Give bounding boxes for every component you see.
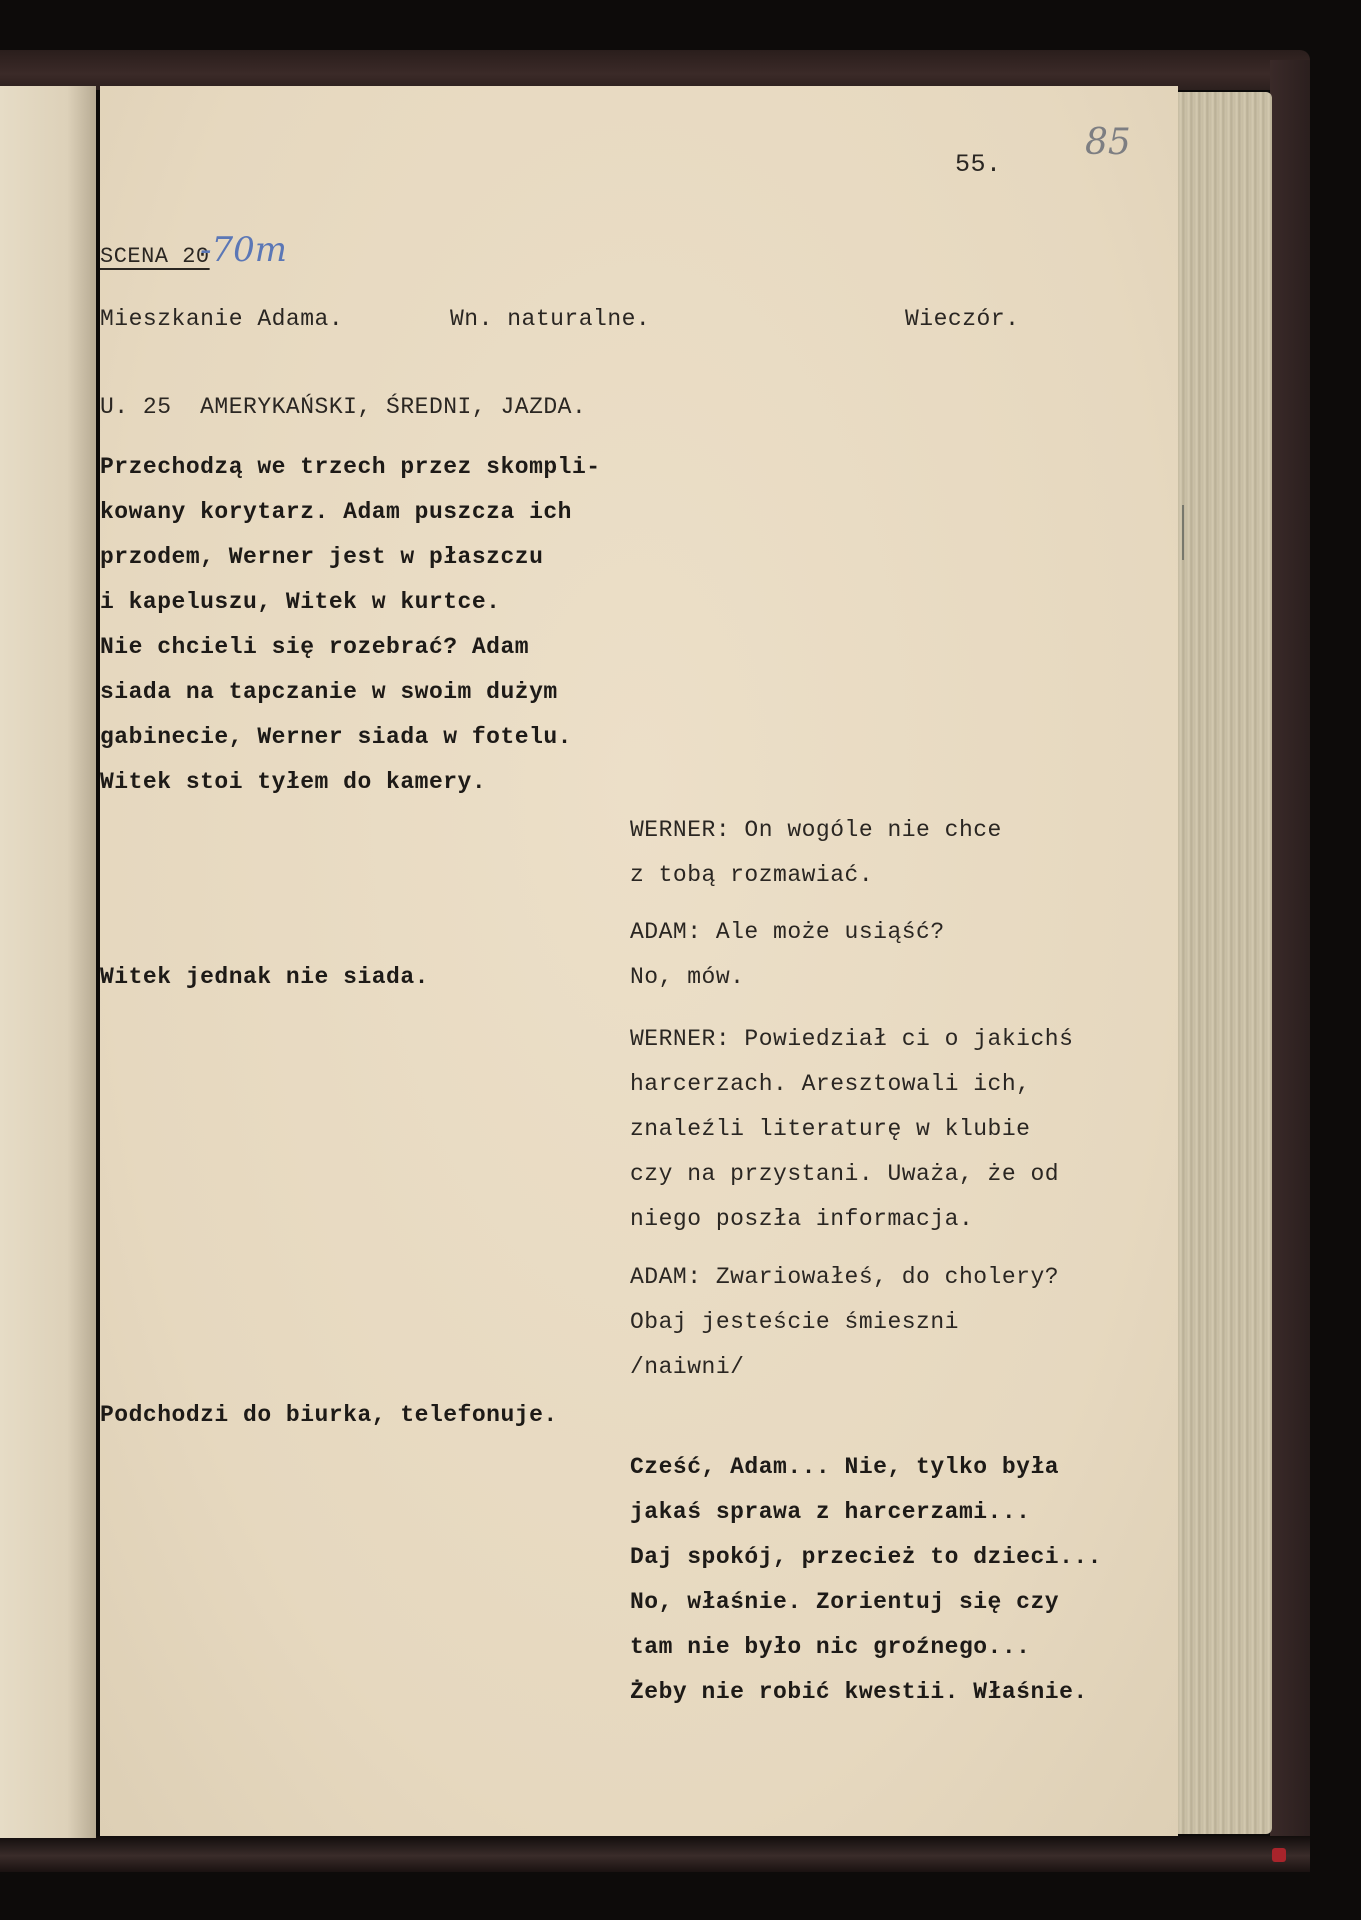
dialogue-line: Daj spokój, przecież to dzieci... [630,1546,1102,1569]
dialogue-line: Żeby nie robić kwestii. Właśnie. [630,1681,1088,1704]
page-number: 55. [955,152,1002,177]
book-cover-right [1270,60,1310,1860]
dialogue-line: niego poszła informacja. [630,1208,973,1231]
scene-handwritten-note: -70m [200,230,287,270]
dialogue-line: tam nie było nic groźnego... [630,1636,1030,1659]
action-line: i kapeluszu, Witek w kurtce. [100,591,500,614]
dialogue-line: WERNER: Powiedział ci o jakichś [630,1028,1073,1051]
page-stack-edges [1178,92,1272,1834]
shot-description: U. 25 AMERYKAŃSKI, ŚREDNI, JAZDA. [100,396,586,419]
scene-time: Wieczór. [905,308,1019,331]
dialogue-line: harcerzach. Aresztowali ich, [630,1073,1030,1096]
dialogue-line: No, właśnie. Zorientuj się czy [630,1591,1059,1614]
dialogue-line: /naiwni/ [630,1356,744,1379]
action-line: siada na tapczanie w swoim dużym [100,681,558,704]
action-line: przodem, Werner jest w płaszczu [100,546,543,569]
book-cover-top [0,50,1310,90]
left-page [0,86,96,1838]
action-line: Witek jednak nie siada. [100,966,429,989]
dialogue-line: czy na przystani. Uważa, że od [630,1163,1059,1186]
script-page: 55. 85 SCENA 20 -70m Mieszkanie Adama. W… [100,86,1178,1836]
dialogue-line: z tobą rozmawiać. [630,864,873,887]
dialogue-line: jakaś sprawa z harcerzami... [630,1501,1030,1524]
dialogue-line: No, mów. [630,966,744,989]
action-line: gabinecie, Werner siada w fotelu. [100,726,572,749]
scene-label: SCENA 20 [100,246,210,268]
ink-mark [1182,505,1194,560]
book-cover-bottom [0,1836,1310,1872]
dialogue-line: znaleźli literaturę w klubie [630,1118,1030,1141]
scene-setting: Wn. naturalne. [450,308,650,331]
bookmark-tab [1272,1848,1286,1862]
action-line: Podchodzi do biurka, telefonuje. [100,1404,558,1427]
scene-location: Mieszkanie Adama. [100,308,343,331]
dialogue-line: Cześć, Adam... Nie, tylko była [630,1456,1059,1479]
archive-number-handwritten: 85 [1085,122,1131,163]
dialogue-line: ADAM: Zwariowałeś, do cholery? [630,1266,1059,1289]
action-line: Nie chcieli się rozebrać? Adam [100,636,529,659]
dialogue-line: Obaj jesteście śmieszni [630,1311,959,1334]
dialogue-line: ADAM: Ale może usiąść? [630,921,945,944]
dialogue-line: WERNER: On wogóle nie chce [630,819,1002,842]
action-line: Przechodzą we trzech przez skompli- [100,456,601,479]
action-line: kowany korytarz. Adam puszcza ich [100,501,572,524]
action-line: Witek stoi tyłem do kamery. [100,771,486,794]
